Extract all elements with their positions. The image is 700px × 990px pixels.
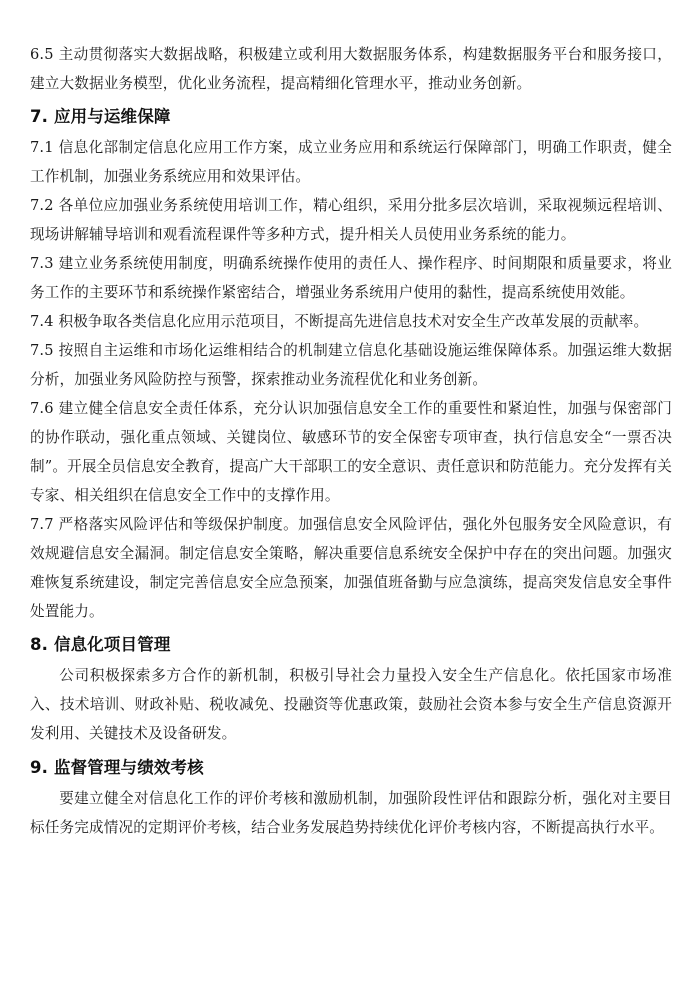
section-heading-8: 8. 信息化项目管理: [30, 629, 672, 661]
paragraph-8-body: 公司积极探索多方合作的新机制，积极引导社会力量投入安全生产信息化。依托国家市场准…: [30, 661, 672, 748]
section-heading-7: 7. 应用与运维保障: [30, 101, 672, 133]
section-heading-9: 9. 监督管理与绩效考核: [30, 752, 672, 784]
paragraph-7-2: 7.2 各单位应加强业务系统使用培训工作，精心组织，采用分批多层次培训，采取视频…: [30, 191, 672, 249]
paragraph-6-5: 6.5 主动贯彻落实大数据战略，积极建立或利用大数据服务体系，构建数据服务平台和…: [30, 40, 672, 98]
paragraph-7-3: 7.3 建立业务系统使用制度，明确系统操作使用的责任人、操作程序、时间期限和质量…: [30, 249, 672, 307]
paragraph-7-4: 7.4 积极争取各类信息化应用示范项目，不断提高先进信息技术对安全生产改革发展的…: [30, 307, 672, 336]
paragraph-9-body: 要建立健全对信息化工作的评价考核和激励机制，加强阶段性评估和跟踪分析，强化对主要…: [30, 784, 672, 842]
paragraph-7-6: 7.6 建立健全信息安全责任体系，充分认识加强信息安全工作的重要性和紧迫性，加强…: [30, 394, 672, 510]
paragraph-7-7: 7.7 严格落实风险评估和等级保护制度。加强信息安全风险评估，强化外包服务安全风…: [30, 510, 672, 626]
paragraph-7-5: 7.5 按照自主运维和市场化运维相结合的机制建立信息化基础设施运维保障体系。加强…: [30, 336, 672, 394]
paragraph-7-1: 7.1 信息化部制定信息化应用工作方案，成立业务应用和系统运行保障部门，明确工作…: [30, 133, 672, 191]
document-page: 6.5 主动贯彻落实大数据战略，积极建立或利用大数据服务体系，构建数据服务平台和…: [30, 40, 672, 842]
